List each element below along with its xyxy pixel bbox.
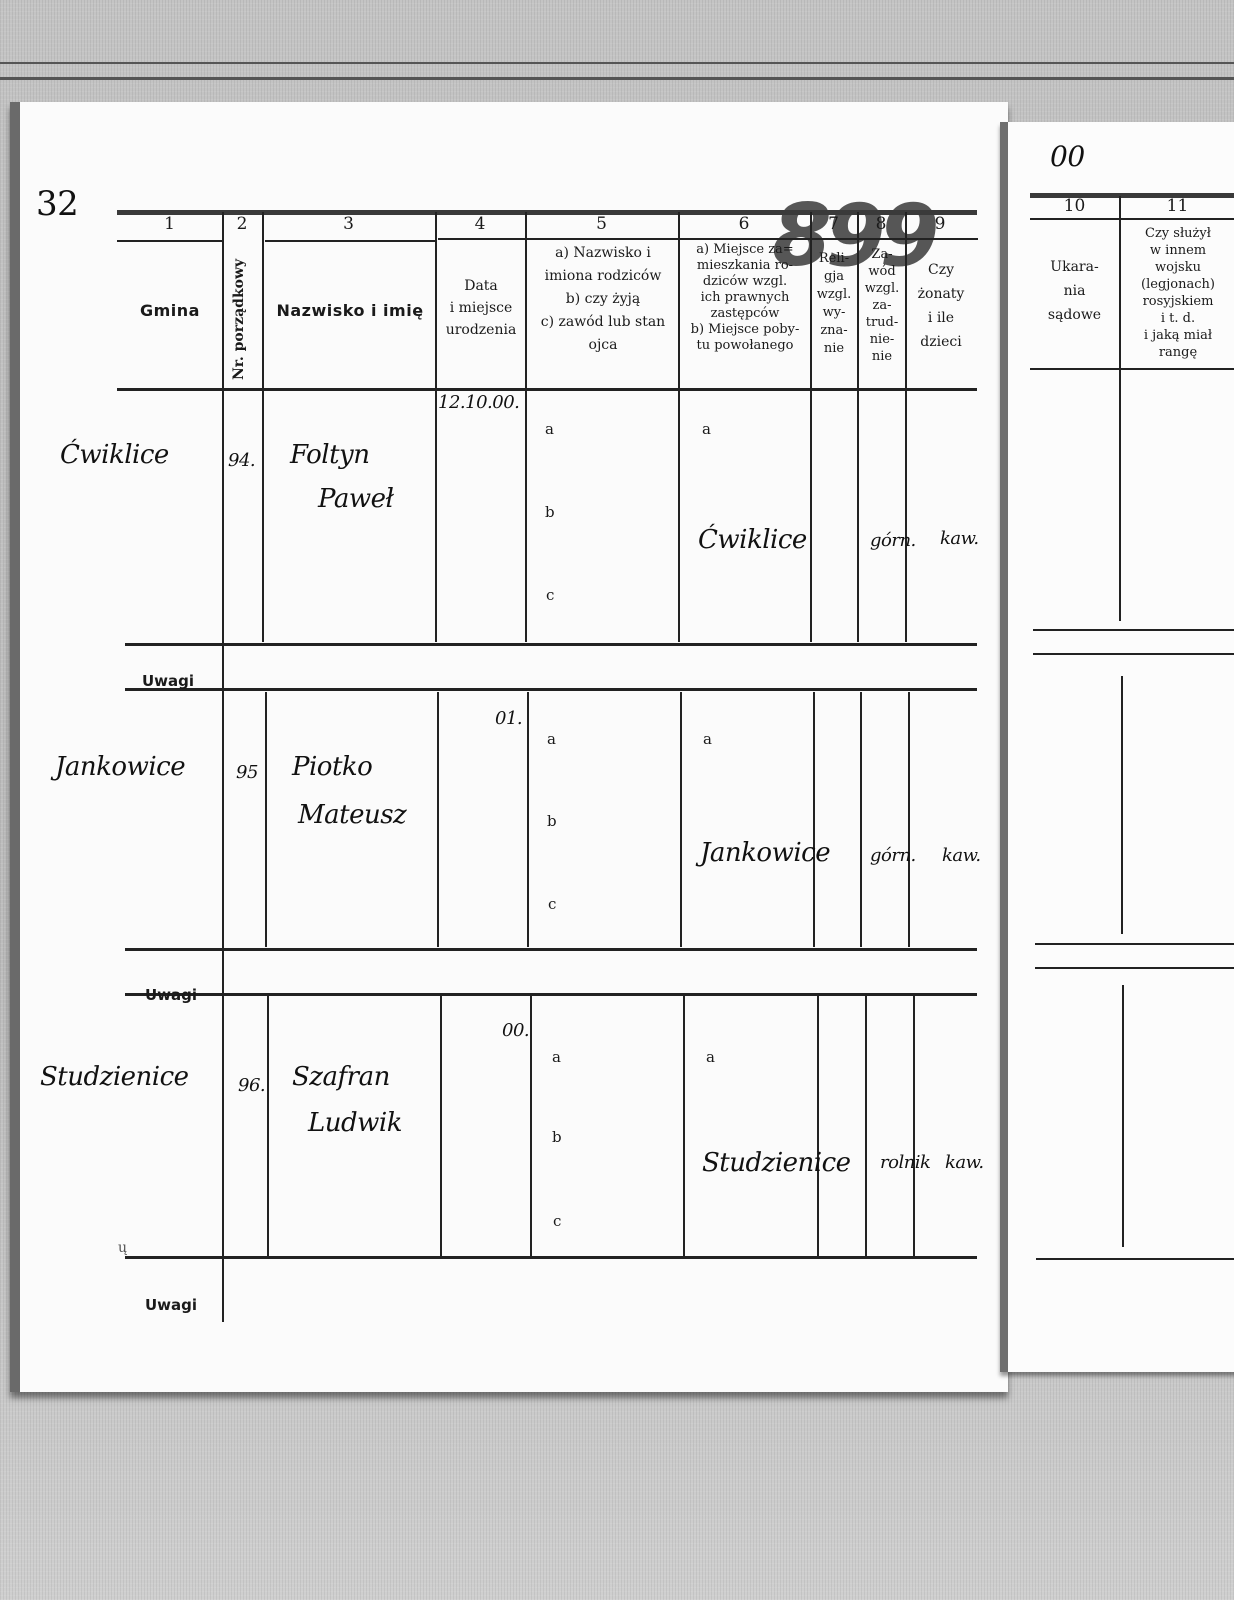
entry-given-name: Mateusz	[298, 800, 406, 830]
marker-b: b	[547, 812, 557, 830]
entry-given-name: Paweł	[318, 484, 393, 514]
marker-a: a	[706, 1048, 715, 1066]
header-num-rule	[438, 238, 978, 240]
col-8-line: za-	[858, 297, 906, 314]
entry-surname: Foltyn	[290, 440, 369, 470]
col-divider-4	[527, 692, 529, 947]
entry-nr: 96.	[238, 1075, 265, 1096]
header-num-rule	[117, 240, 222, 242]
header-bottom-rule	[117, 388, 977, 391]
right-row-rule	[1035, 943, 1234, 945]
col-3-label: Nazwisko i imię	[265, 302, 435, 319]
col-divider-7	[865, 996, 867, 1256]
marker-a: a	[702, 420, 711, 438]
entry-occupation: górn.	[870, 845, 916, 866]
col-4-line: Data	[436, 275, 526, 297]
col-divider-3	[437, 692, 439, 947]
marker-a: a	[545, 420, 554, 438]
scan-artifact-line	[0, 77, 1234, 80]
col-11-line: rangę	[1122, 344, 1234, 361]
marker-a: a	[547, 730, 556, 748]
col-9-label: Czy żonaty i ile dzieci	[906, 258, 976, 354]
col-divider-8	[913, 996, 915, 1256]
col-1-label: Gmina	[130, 302, 210, 319]
entry-given-name: Ludwik	[308, 1108, 402, 1138]
col-3-number: 3	[262, 214, 435, 234]
col-7-line: Reli-	[811, 250, 857, 268]
right-row-rule	[1033, 653, 1234, 655]
col-4-line: i miejsce	[436, 297, 526, 319]
marker-a: a	[552, 1048, 561, 1066]
col-divider-5	[683, 996, 685, 1256]
col-7-label: Reli- gja wzgl. wy- zna- nie	[811, 250, 857, 358]
marker-c: c	[553, 1212, 561, 1230]
page-number: 32	[36, 184, 78, 224]
scan-artifact-line	[0, 62, 1234, 64]
col-10-line: sądowe	[1030, 303, 1119, 327]
col-5-line: a) Nazwisko i	[526, 242, 680, 265]
col-6-line: mieszkania ro-	[679, 258, 811, 274]
marker-b: b	[545, 503, 555, 521]
col-11-line: i t. d.	[1122, 310, 1234, 327]
remarks-label: Uwagi	[145, 986, 197, 1004]
col-7-line: gja	[811, 268, 857, 286]
row-rule	[125, 643, 977, 646]
entry-residence: Ćwiklice	[698, 525, 807, 555]
col-8-label: Za- wód wzgl. za- trud- nie- nie	[858, 246, 906, 365]
stray-mark: ų	[118, 1240, 127, 1256]
right-col-divider	[1122, 985, 1124, 1247]
col-8-number: 8	[857, 214, 905, 234]
col-2-label: Nr. porządkowy	[231, 250, 247, 380]
col-7-line: zna-	[811, 322, 857, 340]
marker-a: a	[703, 730, 712, 748]
col-8-line: trud-	[858, 314, 906, 331]
col-6-line: b) Miejsce poby-	[679, 322, 811, 338]
remarks-label: Uwagi	[145, 1296, 197, 1314]
col-6-line: dziców wzgl.	[679, 274, 811, 290]
col-11-label: Czy służył w innem wojsku (legjonach) ro…	[1122, 225, 1234, 361]
col-5-line: b) czy żyją	[526, 288, 680, 311]
right-header-num-rule	[1030, 218, 1234, 220]
entry-birth-date: 12.10.00.	[438, 392, 519, 413]
col-10-line: nia	[1030, 279, 1119, 303]
col-divider-3	[440, 996, 442, 1256]
entry-marital: kaw.	[945, 1152, 984, 1173]
col-11-line: w innem	[1122, 242, 1234, 259]
col-6-line: ich prawnych	[679, 290, 811, 306]
col-10-number: 10	[1030, 196, 1119, 216]
col-11-line: (legjonach)	[1122, 276, 1234, 293]
right-col-divider	[1119, 196, 1121, 621]
col-8-line: wzgl.	[858, 280, 906, 297]
row-rule	[125, 993, 977, 996]
right-row-rule	[1033, 629, 1234, 631]
right-row-rule	[1036, 1258, 1234, 1260]
col-divider-2	[267, 996, 269, 1256]
entry-gmina: Studzienice	[40, 1062, 189, 1092]
entry-birth-date: 01.	[495, 708, 522, 729]
col-9-line: dzieci	[906, 330, 976, 354]
col-6-label: a) Miejsce za= mieszkania ro- dziców wzg…	[679, 242, 811, 354]
entry-gmina: Jankowice	[55, 752, 185, 782]
col-divider-7	[860, 692, 862, 947]
col-10-label: Ukara- nia sądowe	[1030, 255, 1119, 327]
col-8-line: nie-	[858, 331, 906, 348]
row-rule	[125, 1256, 977, 1259]
col-9-line: Czy	[906, 258, 976, 282]
col-11-line: rosyjskiem	[1122, 293, 1234, 310]
entry-birth-date: 00.	[502, 1020, 529, 1041]
col-divider-6	[813, 692, 815, 947]
col-6-line: zastępców	[679, 306, 811, 322]
remarks-label: Uwagi	[142, 672, 194, 690]
col-11-line: Czy służył	[1122, 225, 1234, 242]
col-7-number: 7	[810, 214, 857, 234]
col-5-line: imiona rodziców	[526, 265, 680, 288]
col-4-line: urodzenia	[436, 319, 526, 341]
col-8-line: Za-	[858, 246, 906, 263]
entry-residence: Studzienice	[702, 1148, 851, 1178]
col-6-number: 6	[678, 214, 810, 234]
col-9-number: 9	[905, 214, 975, 234]
col-divider-8	[908, 692, 910, 947]
entry-marital: kaw.	[942, 845, 981, 866]
marker-c: c	[546, 586, 554, 604]
col-divider-2	[262, 212, 264, 642]
col-divider-1	[222, 212, 224, 1322]
right-page-mark: 00	[1050, 140, 1085, 173]
col-5-label: a) Nazwisko i imiona rodziców b) czy żyj…	[526, 242, 680, 357]
marker-c: c	[548, 895, 556, 913]
col-8-line: wód	[858, 263, 906, 280]
entry-marital: kaw.	[940, 528, 979, 549]
entry-occupation: górn.	[870, 530, 916, 551]
col-10-line: Ukara-	[1030, 255, 1119, 279]
col-9-line: i ile	[906, 306, 976, 330]
marker-b: b	[552, 1128, 562, 1146]
col-6-line: a) Miejsce za=	[679, 242, 811, 258]
col-5-line: c) zawód lub stan	[526, 311, 680, 334]
right-col-divider	[1121, 676, 1123, 934]
col-4-label: Data i miejsce urodzenia	[436, 275, 526, 341]
entry-residence: Jankowice	[700, 838, 830, 868]
col-divider-2	[265, 692, 267, 947]
col-divider-4	[530, 996, 532, 1256]
entry-gmina: Ćwiklice	[60, 440, 169, 470]
col-7-line: wzgl.	[811, 286, 857, 304]
col-divider-6	[817, 996, 819, 1256]
col-6-line: tu powołanego	[679, 338, 811, 354]
entry-surname: Piotko	[292, 752, 372, 782]
entry-nr: 95	[236, 762, 258, 783]
col-2-number: 2	[222, 214, 262, 234]
col-4-number: 4	[435, 214, 525, 234]
col-9-line: żonaty	[906, 282, 976, 306]
row-rule	[125, 688, 977, 691]
col-11-line: wojsku	[1122, 259, 1234, 276]
right-row-rule	[1035, 967, 1234, 969]
header-num-rule	[265, 240, 435, 242]
entry-surname: Szafran	[292, 1062, 390, 1092]
col-divider-5	[680, 692, 682, 947]
entry-nr: 94.	[228, 450, 255, 471]
col-5-line: ojca	[526, 334, 680, 357]
col-5-number: 5	[525, 214, 678, 234]
col-11-line: i jaką miał	[1122, 327, 1234, 344]
col-11-number: 11	[1121, 196, 1234, 216]
entry-occupation: rolnik	[880, 1152, 930, 1173]
col-7-line: wy-	[811, 304, 857, 322]
col-7-line: nie	[811, 340, 857, 358]
col-8-line: nie	[858, 348, 906, 365]
right-header-bottom-rule	[1030, 368, 1234, 370]
col-1-number: 1	[117, 214, 222, 234]
row-rule	[125, 948, 977, 951]
